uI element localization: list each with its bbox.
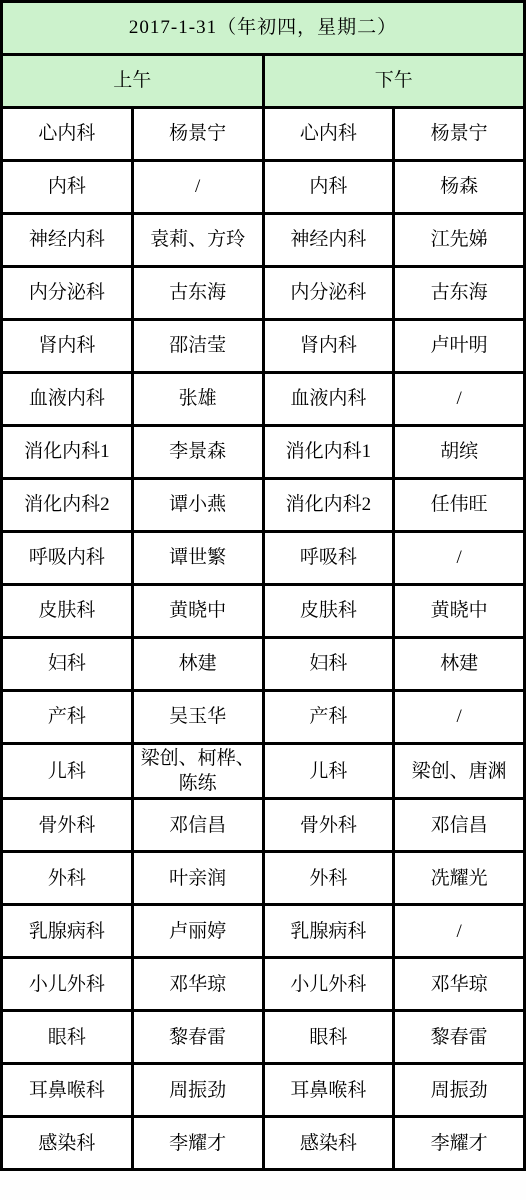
doctor-pm-cell: / <box>394 532 525 585</box>
schedule-head: 2017-1-31（年初四，星期二） 上午 下午 <box>2 2 525 108</box>
department-am-cell: 心内科 <box>2 108 133 161</box>
doctor-pm-cell: 邓信昌 <box>394 799 525 852</box>
table-row: 骨外科邓信昌骨外科邓信昌 <box>2 799 525 852</box>
department-am-cell: 血液内科 <box>2 373 133 426</box>
table-row: 感染科李耀才感染科李耀才 <box>2 1117 525 1170</box>
department-am-cell: 感染科 <box>2 1117 133 1170</box>
table-row: 乳腺病科卢丽婷乳腺病科/ <box>2 905 525 958</box>
department-pm-cell: 感染科 <box>263 1117 394 1170</box>
doctor-am-cell: 谭世繁 <box>132 532 263 585</box>
column-header-afternoon: 下午 <box>263 55 525 108</box>
doctor-am-cell: 卢丽婷 <box>132 905 263 958</box>
table-row: 血液内科张雄血液内科/ <box>2 373 525 426</box>
doctor-am-cell: 黎春雷 <box>132 1011 263 1064</box>
doctor-pm-cell: 古东海 <box>394 267 525 320</box>
title-row: 2017-1-31（年初四，星期二） <box>2 2 525 55</box>
doctor-am-cell: 黄晓中 <box>132 585 263 638</box>
department-am-cell: 呼吸内科 <box>2 532 133 585</box>
table-row: 肾内科邵洁莹肾内科卢叶明 <box>2 320 525 373</box>
doctor-pm-cell: / <box>394 373 525 426</box>
duty-schedule-table: 2017-1-31（年初四，星期二） 上午 下午 心内科杨景宁心内科杨景宁内科/… <box>0 0 526 1171</box>
department-am-cell: 乳腺病科 <box>2 905 133 958</box>
table-row: 心内科杨景宁心内科杨景宁 <box>2 108 525 161</box>
schedule-body: 心内科杨景宁心内科杨景宁内科/内科杨森神经内科袁莉、方玲神经内科江先娣内分泌科古… <box>2 108 525 1170</box>
table-row: 眼科黎春雷眼科黎春雷 <box>2 1011 525 1064</box>
table-row: 皮肤科黄晓中皮肤科黄晓中 <box>2 585 525 638</box>
doctor-am-cell: 邓信昌 <box>132 799 263 852</box>
doctor-am-cell: 周振劲 <box>132 1064 263 1117</box>
department-pm-cell: 乳腺病科 <box>263 905 394 958</box>
doctor-pm-cell: 李耀才 <box>394 1117 525 1170</box>
department-am-cell: 消化内科2 <box>2 479 133 532</box>
department-pm-cell: 小儿外科 <box>263 958 394 1011</box>
doctor-am-cell: 李景森 <box>132 426 263 479</box>
department-pm-cell: 产科 <box>263 691 394 744</box>
doctor-am-cell: 邓华琼 <box>132 958 263 1011</box>
department-pm-cell: 皮肤科 <box>263 585 394 638</box>
department-pm-cell: 血液内科 <box>263 373 394 426</box>
department-pm-cell: 肾内科 <box>263 320 394 373</box>
doctor-pm-cell: 周振劲 <box>394 1064 525 1117</box>
doctor-am-cell: 张雄 <box>132 373 263 426</box>
doctor-am-cell: / <box>132 161 263 214</box>
department-am-cell: 耳鼻喉科 <box>2 1064 133 1117</box>
column-header-morning: 上午 <box>2 55 264 108</box>
table-row: 呼吸内科谭世繁呼吸科/ <box>2 532 525 585</box>
department-pm-cell: 消化内科1 <box>263 426 394 479</box>
department-pm-cell: 眼科 <box>263 1011 394 1064</box>
doctor-pm-cell: / <box>394 905 525 958</box>
department-pm-cell: 消化内科2 <box>263 479 394 532</box>
department-pm-cell: 耳鼻喉科 <box>263 1064 394 1117</box>
doctor-pm-cell: 梁创、唐渊 <box>394 744 525 799</box>
department-am-cell: 小儿外科 <box>2 958 133 1011</box>
doctor-pm-cell: 黄晓中 <box>394 585 525 638</box>
department-am-cell: 神经内科 <box>2 214 133 267</box>
department-pm-cell: 儿科 <box>263 744 394 799</box>
department-pm-cell: 呼吸科 <box>263 532 394 585</box>
schedule-date-title: 2017-1-31（年初四，星期二） <box>2 2 525 55</box>
doctor-pm-cell: 胡缤 <box>394 426 525 479</box>
doctor-pm-cell: 杨景宁 <box>394 108 525 161</box>
department-am-cell: 眼科 <box>2 1011 133 1064</box>
department-am-cell: 消化内科1 <box>2 426 133 479</box>
department-pm-cell: 外科 <box>263 852 394 905</box>
department-pm-cell: 内分泌科 <box>263 267 394 320</box>
table-row: 神经内科袁莉、方玲神经内科江先娣 <box>2 214 525 267</box>
doctor-pm-cell: 黎春雷 <box>394 1011 525 1064</box>
duty-roster-page: 2017-1-31（年初四，星期二） 上午 下午 心内科杨景宁心内科杨景宁内科/… <box>0 0 526 1200</box>
doctor-am-cell: 邵洁莹 <box>132 320 263 373</box>
doctor-pm-cell: 林建 <box>394 638 525 691</box>
department-am-cell: 外科 <box>2 852 133 905</box>
table-row: 内分泌科古东海内分泌科古东海 <box>2 267 525 320</box>
department-am-cell: 骨外科 <box>2 799 133 852</box>
department-am-cell: 产科 <box>2 691 133 744</box>
department-am-cell: 肾内科 <box>2 320 133 373</box>
table-row: 儿科梁创、柯桦、陈练儿科梁创、唐渊 <box>2 744 525 799</box>
department-am-cell: 内分泌科 <box>2 267 133 320</box>
doctor-am-cell: 李耀才 <box>132 1117 263 1170</box>
department-pm-cell: 心内科 <box>263 108 394 161</box>
table-row: 内科/内科杨森 <box>2 161 525 214</box>
doctor-pm-cell: 卢叶明 <box>394 320 525 373</box>
doctor-am-cell: 梁创、柯桦、陈练 <box>132 744 263 799</box>
doctor-pm-cell: 冼耀光 <box>394 852 525 905</box>
department-pm-cell: 骨外科 <box>263 799 394 852</box>
section-header-row: 上午 下午 <box>2 55 525 108</box>
department-am-cell: 妇科 <box>2 638 133 691</box>
doctor-am-cell: 叶亲润 <box>132 852 263 905</box>
department-am-cell: 皮肤科 <box>2 585 133 638</box>
doctor-pm-cell: 邓华琼 <box>394 958 525 1011</box>
department-am-cell: 内科 <box>2 161 133 214</box>
doctor-am-cell: 林建 <box>132 638 263 691</box>
doctor-am-cell: 古东海 <box>132 267 263 320</box>
doctor-pm-cell: 任伟旺 <box>394 479 525 532</box>
table-row: 妇科林建妇科林建 <box>2 638 525 691</box>
table-row: 外科叶亲润外科冼耀光 <box>2 852 525 905</box>
doctor-am-cell: 袁莉、方玲 <box>132 214 263 267</box>
doctor-am-cell: 杨景宁 <box>132 108 263 161</box>
table-row: 消化内科2谭小燕消化内科2任伟旺 <box>2 479 525 532</box>
doctor-pm-cell: 江先娣 <box>394 214 525 267</box>
department-am-cell: 儿科 <box>2 744 133 799</box>
department-pm-cell: 神经内科 <box>263 214 394 267</box>
table-row: 消化内科1李景森消化内科1胡缤 <box>2 426 525 479</box>
doctor-am-cell: 吴玉华 <box>132 691 263 744</box>
table-row: 产科吴玉华产科/ <box>2 691 525 744</box>
doctor-am-cell: 谭小燕 <box>132 479 263 532</box>
table-row: 小儿外科邓华琼小儿外科邓华琼 <box>2 958 525 1011</box>
department-pm-cell: 内科 <box>263 161 394 214</box>
doctor-pm-cell: 杨森 <box>394 161 525 214</box>
department-pm-cell: 妇科 <box>263 638 394 691</box>
table-row: 耳鼻喉科周振劲耳鼻喉科周振劲 <box>2 1064 525 1117</box>
doctor-pm-cell: / <box>394 691 525 744</box>
